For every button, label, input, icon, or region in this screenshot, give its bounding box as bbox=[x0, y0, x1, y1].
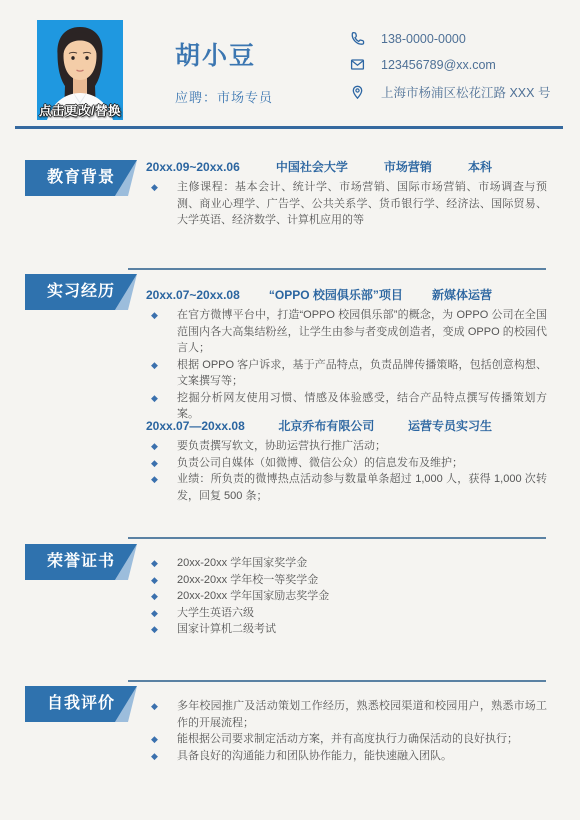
internship-divider bbox=[128, 268, 546, 270]
home-address: 上海市杨浦区松花江路 XXX 号 bbox=[381, 83, 550, 101]
section-badge-internship: 实习经历 bbox=[25, 274, 137, 310]
list-item: ◆ 能根据公司要求制定活动方案，并有高度执行力确保活动的良好执行； bbox=[146, 731, 547, 748]
list-item: ◆ 负责公司自媒体（如微博、微信公众）的信息发布及维护； bbox=[146, 455, 547, 472]
job-date: 20xx.07—20xx.08 bbox=[146, 419, 245, 433]
education-content: 20xx.09~20xx.06 中国社会大学 市场营销 本科 ◆ 主修课程：基本… bbox=[146, 158, 547, 229]
honors-divider bbox=[128, 537, 546, 539]
job-header-row: 20xx.07~20xx.08 “OPPO 校园俱乐部”项目 新媒体运营 bbox=[146, 286, 547, 303]
education-major: 市场营销 bbox=[384, 158, 432, 175]
internship-job-2: 20xx.07—20xx.08 北京乔布有限公司 运营专员实习生 ◆ 要负责撰写… bbox=[146, 417, 547, 504]
applying-position: 应聘：市场专员 bbox=[175, 87, 273, 106]
mail-icon bbox=[350, 57, 365, 72]
list-item: ◆ 多年校园推广及活动策划工作经历，熟悉校园渠道和校园用户，熟悉市场工作的开展流… bbox=[146, 698, 547, 731]
diamond-bullet-icon: ◆ bbox=[146, 621, 177, 638]
diamond-bullet-icon: ◆ bbox=[146, 572, 177, 589]
evaluation-divider bbox=[128, 680, 546, 682]
list-item: ◆ 国家计算机二级考试 bbox=[146, 621, 547, 638]
education-date: 20xx.09~20xx.06 bbox=[146, 160, 240, 174]
job-date: 20xx.07~20xx.08 bbox=[146, 288, 240, 302]
list-item: ◆ 20xx-20xx 学年国家励志奖学金 bbox=[146, 588, 547, 605]
job-role: 运营专员实习生 bbox=[408, 417, 492, 434]
section-badge-education: 教育背景 bbox=[25, 160, 137, 196]
job-organization: 北京乔布有限公司 bbox=[278, 417, 374, 434]
list-item: ◆ 根据 OPPO 客户诉求，基于产品特点，负责品牌传播策略，包括创意构想、文案… bbox=[146, 357, 547, 390]
contact-address-row: 上海市杨浦区松花江路 XXX 号 bbox=[350, 83, 550, 101]
diamond-bullet-icon: ◆ bbox=[146, 471, 177, 504]
list-item: ◆ 具备良好的沟通能力和团队协作能力，能快速融入团队。 bbox=[146, 748, 547, 765]
diamond-bullet-icon: ◆ bbox=[146, 555, 177, 572]
list-item: ◆ 大学生英语六级 bbox=[146, 605, 547, 622]
contact-info: 138-0000-0000 123456789@xx.com 上海市杨浦区松花江… bbox=[350, 31, 550, 112]
location-icon bbox=[350, 85, 365, 100]
diamond-bullet-icon: ◆ bbox=[146, 698, 177, 731]
job-role: 新媒体运营 bbox=[432, 286, 492, 303]
diamond-bullet-icon: ◆ bbox=[146, 438, 177, 455]
diamond-bullet-icon: ◆ bbox=[146, 748, 177, 765]
internship-job-1: 20xx.07~20xx.08 “OPPO 校园俱乐部”项目 新媒体运营 ◆ 在… bbox=[146, 286, 547, 423]
resume-page: 点击更改/替换 胡小豆 应聘：市场专员 138-0000-0000 123456… bbox=[0, 0, 580, 820]
education-school: 中国社会大学 bbox=[276, 158, 348, 175]
section-title: 实习经历 bbox=[47, 274, 115, 310]
candidate-name: 胡小豆 bbox=[175, 36, 256, 72]
education-degree: 本科 bbox=[468, 158, 492, 175]
diamond-bullet-icon: ◆ bbox=[146, 455, 177, 472]
header-divider bbox=[15, 126, 563, 129]
list-item: ◆ 要负责撰写软文，协助运营执行推广活动； bbox=[146, 438, 547, 455]
phone-number: 138-0000-0000 bbox=[381, 32, 466, 46]
list-item: ◆ 20xx-20xx 学年校一等奖学金 bbox=[146, 572, 547, 589]
list-item: ◆ 20xx-20xx 学年国家奖学金 bbox=[146, 555, 547, 572]
section-title: 教育背景 bbox=[47, 160, 115, 196]
photo-replace-hint[interactable]: 点击更改/替换 bbox=[37, 101, 123, 119]
section-badge-evaluation: 自我评价 bbox=[25, 686, 137, 722]
contact-email-row: 123456789@xx.com bbox=[350, 57, 550, 72]
section-title: 荣誉证书 bbox=[47, 544, 115, 580]
education-header-row: 20xx.09~20xx.06 中国社会大学 市场营销 本科 bbox=[146, 158, 547, 175]
diamond-bullet-icon: ◆ bbox=[146, 605, 177, 622]
job-header-row: 20xx.07—20xx.08 北京乔布有限公司 运营专员实习生 bbox=[146, 417, 547, 434]
profile-photo[interactable]: 点击更改/替换 bbox=[37, 20, 123, 120]
section-badge-honors: 荣誉证书 bbox=[25, 544, 137, 580]
list-item: ◆ 在官方微博平台中，打造“OPPO 校园俱乐部”的概念，为 OPPO 公司在全… bbox=[146, 307, 547, 357]
job-organization: “OPPO 校园俱乐部”项目 bbox=[269, 286, 403, 303]
diamond-bullet-icon: ◆ bbox=[146, 588, 177, 605]
email-address: 123456789@xx.com bbox=[381, 58, 496, 72]
diamond-bullet-icon: ◆ bbox=[146, 307, 177, 357]
section-title: 自我评价 bbox=[47, 686, 115, 722]
contact-phone-row: 138-0000-0000 bbox=[350, 31, 550, 46]
honors-content: ◆ 20xx-20xx 学年国家奖学金 ◆ 20xx-20xx 学年校一等奖学金… bbox=[146, 555, 547, 638]
phone-icon bbox=[350, 31, 365, 46]
evaluation-content: ◆ 多年校园推广及活动策划工作经历，熟悉校园渠道和校园用户，熟悉市场工作的开展流… bbox=[146, 698, 547, 764]
list-item: ◆ 业绩：所负责的微博热点活动参与数量单条超过 1,000 人，获得 1,000… bbox=[146, 471, 547, 504]
diamond-bullet-icon: ◆ bbox=[146, 179, 177, 229]
diamond-bullet-icon: ◆ bbox=[146, 731, 177, 748]
diamond-bullet-icon: ◆ bbox=[146, 357, 177, 390]
list-item: ◆ 主修课程：基本会计、统计学、市场营销、国际市场营销、市场调查与预测、商业心理… bbox=[146, 179, 547, 229]
